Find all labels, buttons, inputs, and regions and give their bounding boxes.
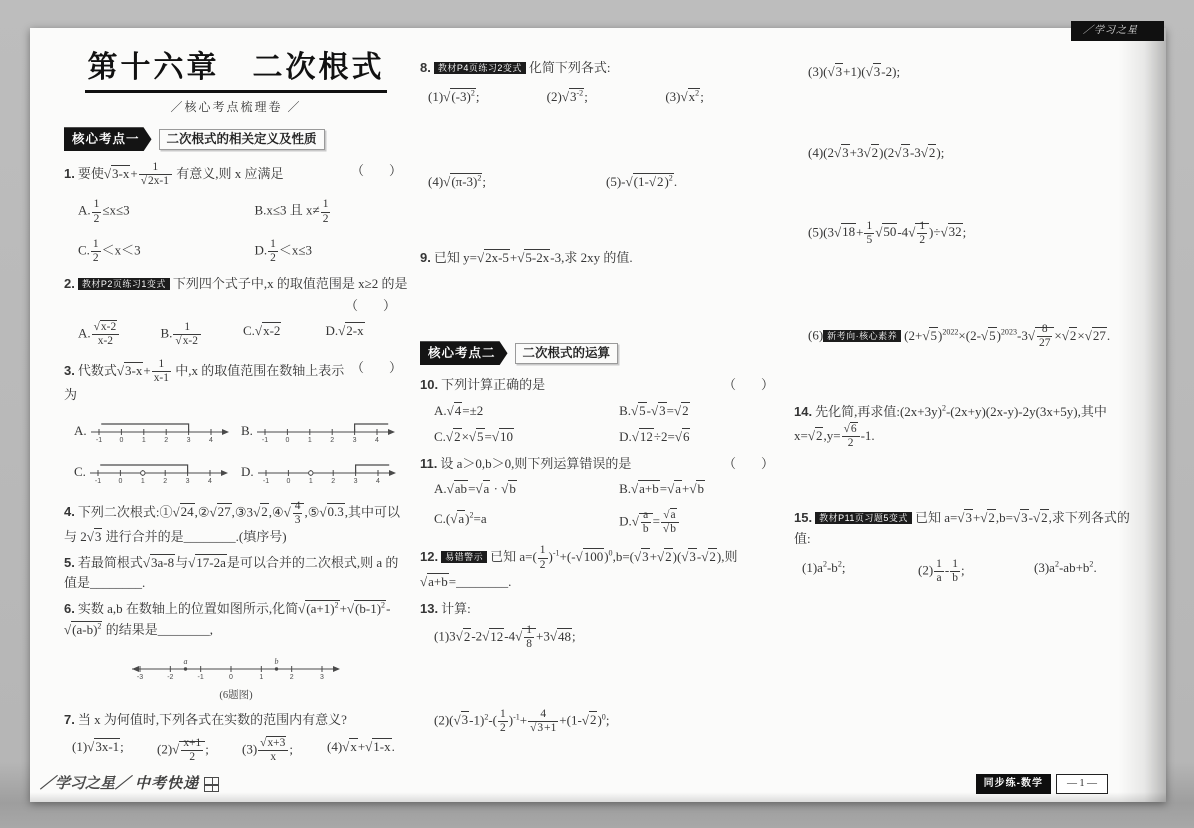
numberline-option: C.-101234 — [74, 453, 241, 492]
subject-badge: 同步练-数学 — [976, 774, 1051, 794]
numberline: -3-2-10123ab — [131, 669, 341, 684]
corner-brand-badge: ／学习之星 — [1071, 21, 1164, 41]
question-3: （ ） 3.代数式√3-x+1x-1 中,x 的取值范围在数轴上表示为 A.-1… — [64, 358, 408, 492]
svg-text:0: 0 — [285, 437, 289, 444]
svg-text:0: 0 — [119, 437, 123, 444]
question-10: （ ） 10.下列计算正确的是 A.√4=±2 B.√5-√3=√2 C.√2×… — [420, 375, 780, 447]
chapter-subtitle: ／核心考点梳理卷 ／ — [64, 98, 408, 117]
numberline: -101234 — [89, 453, 229, 492]
svg-text:2: 2 — [331, 478, 335, 485]
svg-text:4: 4 — [375, 437, 379, 444]
section-header-2: 核心考点二 二次根式的运算 — [420, 341, 780, 365]
question-13: 13.计算: (1)3√2-2√12-4√18+3√48; (2)(√3-1)2… — [420, 599, 780, 735]
option: B.√5-√3=√2 — [619, 401, 780, 422]
question-13-stem: 计算: — [441, 601, 471, 616]
svg-text:1: 1 — [259, 674, 263, 681]
question-2: 2.教材P2页练习1变式下列四个式子中,x 的取值范围是 x≥2 的是 （ ） … — [64, 274, 408, 348]
source-badge: 教材P11页习题5变式 — [815, 512, 912, 524]
question-8-item-4: (4)(2√3+3√2)(2√3-3√2); — [808, 143, 1146, 164]
option: A.12≤x≤3 — [78, 198, 255, 225]
question-1: （ ） 1.要使√3-x+1√2x-1 有意义,则 x 应满足 A.12≤x≤3… — [64, 161, 408, 265]
question-7-stem: 当 x 为何值时,下列各式在实数的范围内有意义? — [78, 712, 347, 727]
figure-caption: (6题图) — [64, 688, 408, 705]
sub-item: (2)√3-2; — [547, 87, 662, 108]
question-14: 14.先化简,再求值:(2x+3y)2-(2x+y)(2x-y)-2y(3x+5… — [794, 402, 1146, 450]
question-2-stem: 下列四个式子中,x 的取值范围是 x≥2 的是 — [173, 276, 408, 291]
question-6-stem: 实数 a,b 在数轴上的位置如图所示,化简√(a+1)2+√(b-1)2-√(a… — [64, 600, 390, 637]
svg-text:0: 0 — [286, 478, 290, 485]
footer-brand: ／学习之星／ 中考快递 — [40, 772, 219, 796]
numberline: -101234 — [90, 412, 230, 451]
option: D.12＜x≤3 — [255, 238, 409, 265]
footer-brand-text: ／学习之星／ — [40, 772, 130, 796]
question-8-stem: 化简下列各式: — [529, 60, 611, 75]
numberline: -101234 — [257, 453, 397, 492]
svg-text:4: 4 — [376, 478, 380, 485]
sub-item: (3)√x+3x; — [242, 737, 323, 764]
numberline-option: B.-101234 — [241, 412, 408, 451]
answer-paren: （ ） — [351, 161, 408, 182]
svg-text:0: 0 — [118, 478, 122, 485]
numberline: -101234 — [256, 412, 396, 451]
svg-text:3: 3 — [186, 478, 190, 485]
source-badge: 易错警示 — [441, 551, 487, 563]
section-title: 二次根式的运算 — [515, 343, 619, 364]
question-8: 8.教材P4页练习2变式化简下列各式: (1)√(-3)2; (2)√3-2; … — [420, 58, 780, 192]
svg-text:3: 3 — [353, 478, 357, 485]
question-8-item-3: (3)(√3+1)(√3-2); — [808, 62, 1146, 83]
source-badge: 教材P4页练习2变式 — [434, 62, 526, 74]
question-8-item-5: (5)(3√18+15√50-4√12)÷√32; — [808, 220, 1146, 247]
option: D.√2-x — [326, 321, 409, 348]
sub-item: (5)-√(1-√2)2. — [606, 172, 780, 193]
option: D.√12÷2=√6 — [619, 427, 780, 448]
question-9: 9.已知 y=√2x-5+√5-2x-3,求 2xy 的值. — [420, 248, 780, 269]
svg-text:4: 4 — [209, 437, 213, 444]
svg-text:3: 3 — [353, 437, 357, 444]
sub-item: (2)1a-1b; — [918, 558, 1030, 585]
svg-text:1: 1 — [141, 437, 145, 444]
source-badge: 新考向·核心素养 — [823, 330, 901, 342]
answer-paren: （ ） — [723, 454, 780, 475]
item-6-math: (2+√5)2022×(2-√5)2023-3√827×√2×√27. — [904, 328, 1110, 343]
column-right: (3)(√3+1)(√3-2); (4)(2√3+3√2)(2√3-3√2); … — [794, 62, 1146, 593]
question-5: 5.若最简根式√3a-8与√17-2a是可以合并的二次根式,则 a 的值是___… — [64, 553, 408, 595]
sub-item: (1)3√2-2√12-4√18+3√48; — [434, 624, 780, 651]
svg-text:a: a — [184, 657, 188, 666]
svg-text:-1: -1 — [96, 437, 102, 444]
footer-page-info: 同步练-数学 — 1 — — [976, 774, 1108, 794]
source-badge: 教材P2页练习1变式 — [78, 278, 170, 290]
svg-text:-1: -1 — [198, 674, 204, 681]
answer-paren: （ ） — [723, 375, 780, 396]
column-left: 第十六章 二次根式 ／核心考点梳理卷 ／ 核心考点一 二次根式的相关定义及性质 … — [64, 50, 408, 773]
svg-text:1: 1 — [308, 437, 312, 444]
chapter-title: 第十六章 二次根式 — [85, 50, 388, 93]
sub-item: (1)√3x-1; — [72, 737, 153, 764]
question-3-stem: 代数式√3-x+1x-1 中,x 的取值范围在数轴上表示为 — [64, 363, 344, 403]
option: A.√ab=√a · √b — [434, 479, 619, 500]
sub-item: (1)a2-b2; — [802, 558, 914, 585]
question-14-stem: 先化简,再求值:(2x+3y)2-(2x+y)(2x-y)-2y(3x+5y),… — [794, 404, 1107, 442]
section-title: 二次根式的相关定义及性质 — [159, 129, 325, 150]
section-badge: 核心考点一 — [64, 127, 152, 151]
option: D.√ab=√a√b — [619, 509, 780, 536]
numberline-option: D.-101234 — [241, 453, 408, 492]
option: C.12＜x＜3 — [78, 238, 255, 265]
question-1-stem: 要使√3-x+1√2x-1 有意义,则 x 应满足 — [78, 166, 284, 181]
svg-text:3: 3 — [186, 437, 190, 444]
svg-text:0: 0 — [229, 674, 233, 681]
option: A.√x-2x-2 — [78, 321, 161, 348]
question-4: 4.下列二次根式:①√24,②√27,③3√2,④√43,⑤√0.3,其中可以与… — [64, 500, 408, 548]
sub-item: (1)√(-3)2; — [428, 87, 543, 108]
option: C.√2×√5=√10 — [434, 427, 619, 448]
svg-text:2: 2 — [290, 674, 294, 681]
sub-item: (3)a2-ab+b2. — [1034, 558, 1146, 585]
svg-text:-2: -2 — [167, 674, 173, 681]
svg-text:2: 2 — [330, 437, 334, 444]
question-12: 12.易错警示已知 a=(12)-1+(-√100)0,b=(√3+√2)(√3… — [420, 544, 780, 592]
question-9-stem: 已知 y=√2x-5+√5-2x-3,求 2xy 的值. — [434, 249, 633, 265]
question-10-stem: 下列计算正确的是 — [441, 377, 545, 392]
option: B.√a+b=√a+√b — [619, 479, 780, 500]
svg-text:2: 2 — [164, 437, 168, 444]
sub-item: (4)√(π-3)2; — [428, 172, 602, 193]
section-header-1: 核心考点一 二次根式的相关定义及性质 — [64, 127, 408, 151]
question-5-stem: 若最简根式√3a-8与√17-2a是可以合并的二次根式,则 a 的值是_____… — [64, 554, 398, 591]
numberline-option: A.-101234 — [74, 412, 241, 451]
question-4-stem: 下列二次根式:①√24,②√27,③3√2,④√43,⑤√0.3,其中可以与 2… — [64, 503, 400, 544]
svg-text:4: 4 — [208, 478, 212, 485]
question-11-stem: 设 a＞0,b＞0,则下列运算错误的是 — [440, 456, 631, 471]
svg-text:b: b — [275, 657, 279, 666]
publisher-logo-icon — [204, 777, 219, 792]
question-15: 15.教材P11页习题5变式已知 a=√3+√2,b=√3-√2,求下列各式的值… — [794, 508, 1146, 585]
svg-text:1: 1 — [141, 478, 145, 485]
answer-paren: （ ） — [351, 358, 408, 379]
worksheet-page: ／学习之星 第十六章 二次根式 ／核心考点梳理卷 ／ 核心考点一 二次根式的相关… — [30, 28, 1166, 802]
option: B.x≤3 且 x≠12 — [255, 198, 409, 225]
sub-item: (2)(√3-1)2-(12)-1+4√3+1+(1-√2)0; — [434, 708, 780, 735]
question-7: 7.当 x 为何值时,下列各式在实数的范围内有意义? (1)√3x-1; (2)… — [64, 710, 408, 764]
sub-item: (2)√x+12; — [157, 737, 238, 764]
svg-text:-1: -1 — [95, 478, 101, 485]
svg-text:1: 1 — [308, 478, 312, 485]
option: C.√x-2 — [243, 321, 326, 348]
svg-text:-3: -3 — [137, 674, 143, 681]
question-11: （ ） 11.设 a＞0,b＞0,则下列运算错误的是 A.√ab=√a · √b… — [420, 454, 780, 537]
scanned-workbook-photo: { "header": { "corner_badge": "／学习之星" },… — [0, 0, 1194, 828]
option: C.(√a)2=a — [434, 509, 619, 536]
section-badge: 核心考点二 — [420, 341, 508, 365]
answer-paren: （ ） — [64, 296, 402, 317]
option: B.1√x-2 — [161, 321, 244, 348]
svg-text:3: 3 — [320, 674, 324, 681]
svg-text:-1: -1 — [262, 437, 268, 444]
sub-item: (4)√x+√1-x. — [327, 737, 408, 764]
option: A.√4=±2 — [434, 401, 619, 422]
footer-series-name: 中考快递 — [135, 772, 199, 796]
sub-item: (3)√x2; — [665, 87, 780, 108]
page-number: — 1 — — [1056, 774, 1108, 794]
column-middle: 8.教材P4页练习2变式化简下列各式: (1)√(-3)2; (2)√3-2; … — [420, 58, 780, 743]
question-6: 6.实数 a,b 在数轴上的位置如图所示,化简√(a+1)2+√(b-1)2-√… — [64, 599, 408, 704]
svg-text:-1: -1 — [263, 478, 269, 485]
svg-text:2: 2 — [163, 478, 167, 485]
question-13-item-6: (6)新考向·核心素养(2+√5)2022×(2-√5)2023-3√827×√… — [808, 323, 1146, 350]
